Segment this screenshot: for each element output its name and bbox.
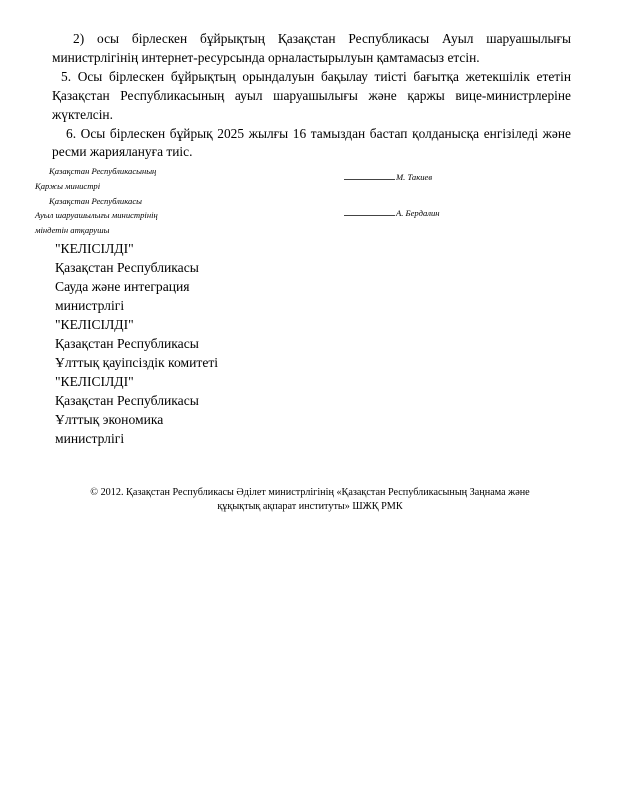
agreed-section: "КЕЛІСІЛДІ" Қазақстан Республикасы Сауда… (55, 239, 218, 448)
signatory-2-name: А. Бердалин (396, 208, 440, 218)
paragraph-item-5: 5. Осы бірлескен бұйрықтың орындалуын ба… (52, 68, 571, 125)
paragraph-item-6: 6. Осы бірлескен бұйрық 2025 жылғы 16 та… (52, 125, 571, 163)
signature-line (344, 172, 395, 180)
signature-line (344, 208, 395, 216)
copyright-footer: © 2012. Қазақстан Республикасы Әділет ми… (40, 486, 580, 514)
footer-line-2: құқықтық ақпарат институты» ШЖҚ РМК (40, 500, 580, 514)
signatory-2-position-line-1: Қазақстан Республикасы (35, 194, 285, 209)
signatory-1-position-line-1: Қазақстан Республикасының (35, 164, 285, 179)
agreed-2-line-2: Ұлттық қауіпсіздік комитеті (55, 353, 218, 372)
agreed-3-label: "КЕЛІСІЛДІ" (55, 372, 218, 391)
agreed-2-label: "КЕЛІСІЛДІ" (55, 315, 218, 334)
document-body: 2) осы бірлескен бұйрықтың Қазақстан Рес… (52, 30, 571, 162)
signatory-1-name: М. Такиев (396, 172, 432, 182)
agreed-3-line-2: Ұлттық экономика (55, 410, 218, 429)
signatory-1-position-line-2: Қаржы министрі (35, 179, 285, 194)
signatory-2-position-line-3: міндетін атқарушы (35, 223, 285, 238)
document-page: 2) осы бірлескен бұйрықтың Қазақстан Рес… (0, 0, 619, 802)
signatory-positions: Қазақстан Республикасының Қаржы министрі… (35, 164, 285, 238)
agreed-2-line-1: Қазақстан Республикасы (55, 334, 218, 353)
agreed-1-label: "КЕЛІСІЛДІ" (55, 239, 218, 258)
signatory-1-signature: М. Такиев (344, 172, 432, 182)
footer-line-1: © 2012. Қазақстан Республикасы Әділет ми… (40, 486, 580, 500)
agreed-1-line-3: министрлігі (55, 296, 218, 315)
agreed-3-line-3: министрлігі (55, 429, 218, 448)
paragraph-subitem-2: 2) осы бірлескен бұйрықтың Қазақстан Рес… (52, 30, 571, 68)
signatory-2-signature: А. Бердалин (344, 208, 440, 218)
agreed-1-line-1: Қазақстан Республикасы (55, 258, 218, 277)
agreed-3-line-1: Қазақстан Республикасы (55, 391, 218, 410)
agreed-1-line-2: Сауда және интеграция (55, 277, 218, 296)
signatory-2-position-line-2: Ауыл шаруашылығы министрінің (35, 208, 285, 223)
